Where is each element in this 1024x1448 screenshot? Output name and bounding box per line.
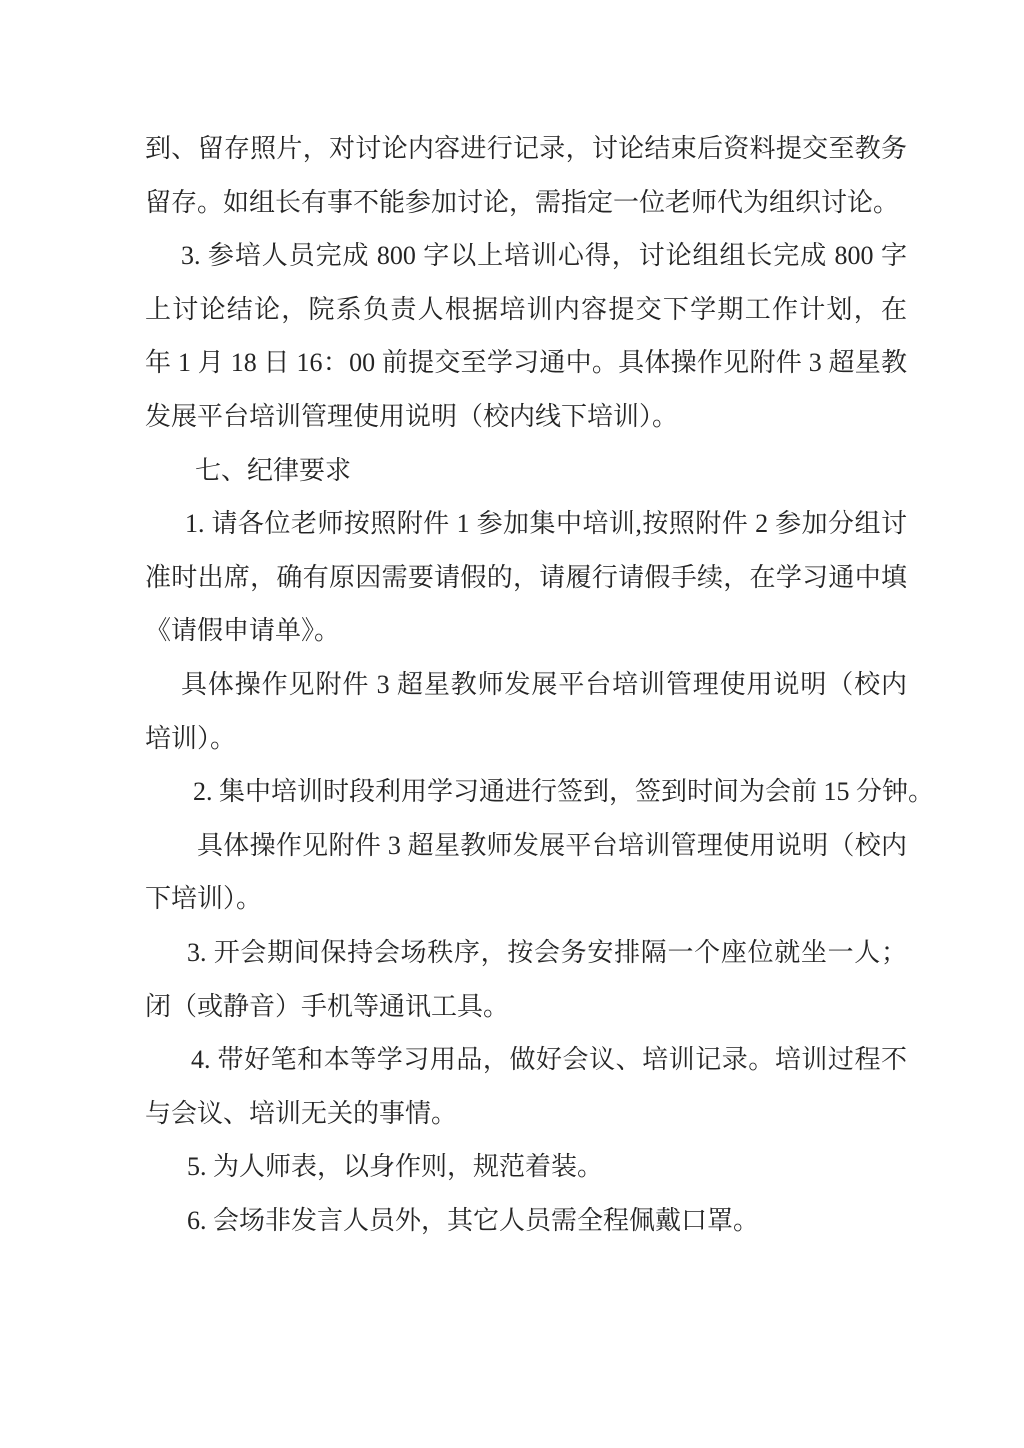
document-body: 到、留存照片，对讨论内容进行记录，讨论结束后资料提交至教务处 留存。如组长有事不… xyxy=(145,122,907,1247)
doc-line: 具体操作见附件 3 超星教师发展平台培训管理使用说明（校内线 xyxy=(145,819,907,873)
doc-line: 发展平台培训管理使用说明（校内线下培训）。 xyxy=(145,390,907,444)
paragraph: 6. 会场非发言人员外，其它人员需全程佩戴口罩。 xyxy=(145,1194,907,1248)
doc-line: 具体操作见附件 3 超星教师发展平台培训管理使用说明（校内线下 xyxy=(145,658,907,712)
paragraph: 到、留存照片，对讨论内容进行记录，讨论结束后资料提交至教务处 留存。如组长有事不… xyxy=(145,122,907,229)
paragraph: 具体操作见附件 3 超星教师发展平台培训管理使用说明（校内线下 培训）。 xyxy=(145,658,907,765)
document-page: 到、留存照片，对讨论内容进行记录，讨论结束后资料提交至教务处 留存。如组长有事不… xyxy=(0,0,1024,1448)
paragraph: 5. 为人师表，以身作则，规范着装。 xyxy=(145,1140,907,1194)
paragraph: 2. 集中培训时段利用学习通进行签到，签到时间为会前 15 分钟。 xyxy=(145,765,907,819)
doc-line: 闭（或静音）手机等通讯工具。 xyxy=(145,980,907,1034)
doc-line: 准时出席，确有原因需要请假的，请履行请假手续，在学习通中填写 xyxy=(145,551,907,605)
paragraph: 3. 参培人员完成 800 字以上培训心得，讨论组组长完成 800 字以 上讨论… xyxy=(145,229,907,443)
doc-line: 3. 参培人员完成 800 字以上培训心得，讨论组组长完成 800 字以 xyxy=(145,229,907,283)
doc-line: 到、留存照片，对讨论内容进行记录，讨论结束后资料提交至教务处 xyxy=(145,122,907,176)
doc-line: 留存。如组长有事不能参加讨论，需指定一位老师代为组织讨论。 xyxy=(145,176,907,230)
section-heading: 七、纪律要求 xyxy=(145,444,907,498)
doc-line: 上讨论结论，院系负责人根据培训内容提交下学期工作计划，在 2021 xyxy=(145,283,907,337)
doc-line: 3. 开会期间保持会场秩序，按会务安排隔一个座位就坐一人；关 xyxy=(145,926,907,980)
paragraph: 1. 请各位老师按照附件 1 参加集中培训,按照附件 2 参加分组讨论， 准时出… xyxy=(145,497,907,658)
paragraph: 七、纪律要求 xyxy=(145,444,907,498)
doc-line: 下培训）。 xyxy=(145,872,907,926)
doc-line: 《请假申请单》。 xyxy=(145,604,907,658)
doc-line: 培训）。 xyxy=(145,712,907,766)
paragraph: 4. 带好笔和本等学习用品，做好会议、培训记录。培训过程不做 与会议、培训无关的… xyxy=(145,1033,907,1140)
paragraph: 3. 开会期间保持会场秩序，按会务安排隔一个座位就坐一人；关 闭（或静音）手机等… xyxy=(145,926,907,1033)
doc-line: 1. 请各位老师按照附件 1 参加集中培训,按照附件 2 参加分组讨论， xyxy=(145,497,907,551)
doc-line: 与会议、培训无关的事情。 xyxy=(145,1087,907,1141)
doc-line: 2. 集中培训时段利用学习通进行签到，签到时间为会前 15 分钟。 xyxy=(145,765,907,819)
doc-line: 4. 带好笔和本等学习用品，做好会议、培训记录。培训过程不做 xyxy=(145,1033,907,1087)
doc-line: 年 1 月 18 日 16：00 前提交至学习通中。具体操作见附件 3 超星教师 xyxy=(145,336,907,390)
doc-line: 5. 为人师表，以身作则，规范着装。 xyxy=(145,1140,907,1194)
paragraph: 具体操作见附件 3 超星教师发展平台培训管理使用说明（校内线 下培训）。 xyxy=(145,819,907,926)
doc-line: 6. 会场非发言人员外，其它人员需全程佩戴口罩。 xyxy=(145,1194,907,1248)
